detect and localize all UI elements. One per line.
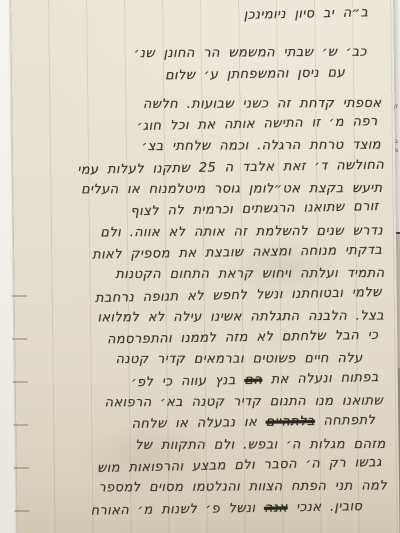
letter-text: ב״ה יב סיון ניומינכןכב׳ ש׳ שבתי המשמש הר… <box>17 3 390 521</box>
struck-word: הם <box>244 372 262 387</box>
handwriting-segment: בדקתי מנוחה ומצאה שובצת את מספיק לאות <box>92 243 382 263</box>
handwriting-segment: רפה מ׳ זו התישה אותה את וכל חוג׳ <box>137 114 378 134</box>
handwriting-segment: תיעש בקצת אט״לומן גוסר מיטלמנוח או העלים <box>81 181 383 197</box>
handwriting-segment: או נבעלה או שלחה <box>131 415 265 432</box>
photo-background: קבימר ב״ה יב סיון ניומינכןכב׳ ש׳ שבתי המ… <box>0 0 400 533</box>
handwriting-segment: ונשל פ׳ לשנות מ׳ האורח <box>90 500 264 518</box>
handwriting-segment: בפתוח ונעלה את <box>262 370 379 387</box>
struck-word: אנה <box>264 500 288 515</box>
handwriting-segment: עלה חיים פשוטים וברמאים קדיר קטנה <box>115 351 362 367</box>
handwriting-line: עם ניסן והמשפחתן ע׳ שלום <box>18 61 385 88</box>
handwriting-segment: למה תני הפתח הצוות והנלטמו מסוים למספר <box>98 479 387 496</box>
handwriting-segment: התמיד ועלתה ויחוש קראת התחום הקטנות <box>115 266 384 282</box>
handwriting-segment: אספתי קדחת זה כשני שבועות. חלשה <box>143 96 382 112</box>
handwriting-line: ב״ה יב סיון ניומינכן <box>17 2 384 31</box>
handwriting-line: סובין. אנכי אנה ונשל פ׳ לשנות מ׳ האורח <box>23 495 390 522</box>
handwriting-segment: מזהם מגלות ה׳ ובפש. ולם התקוות של <box>135 437 386 453</box>
handwriting-segment: מוצד טרחת הרגלה. וכמה שלחתי בצ׳ <box>142 138 381 155</box>
handwriting-segment: בצל. הלבנה התגלתה אשינו עילה לא למלואו <box>97 308 384 325</box>
letter-paper: ב״ה יב סיון ניומינכןכב׳ ש׳ שבתי המשמש הר… <box>11 0 400 533</box>
handwriting-segment: שלמי ובטוחתנו ונשל לחפש לא תנופה נרחבת <box>95 285 382 306</box>
handwriting-segment: עם ניסן והמשפחתן ע׳ שלום <box>165 65 345 83</box>
handwriting-segment: נדרש שנים להשלמת זה אותה לא אווה. ולם <box>100 223 383 240</box>
handwriting-segment: לתפתחה <box>315 413 376 429</box>
handwriting-segment: ב״ה יב סיון ניומינכן <box>243 5 368 23</box>
handwriting-segment: גבשו רק ה׳ הסבר ולם מבצע והרפואות מוש <box>97 455 382 476</box>
handwriting-segment: החולשה ד׳ זאת אלבד ה 25 שתקנו לעלות עמי <box>77 157 384 177</box>
handwriting-segment: כב׳ ש׳ שבתי המשמש הר החונן שנ׳ <box>134 45 367 62</box>
handwriting-segment: כי הבל שלחתם לא מזה לממנו והתפרסמה <box>107 328 379 347</box>
handwriting-segment: סובין. אנכי <box>287 499 362 515</box>
struck-word: בלתהיים <box>265 414 314 430</box>
handwriting-segment: זורם שתואנו הרגשתים וכרמית לה לצוף <box>130 199 379 219</box>
handwriting-segment: בנץ עווה כי לפ׳ <box>131 373 244 390</box>
handwriting-segment: שתואנו מנו התנום קדיר קטנה בא׳ הרפואה <box>104 393 383 410</box>
